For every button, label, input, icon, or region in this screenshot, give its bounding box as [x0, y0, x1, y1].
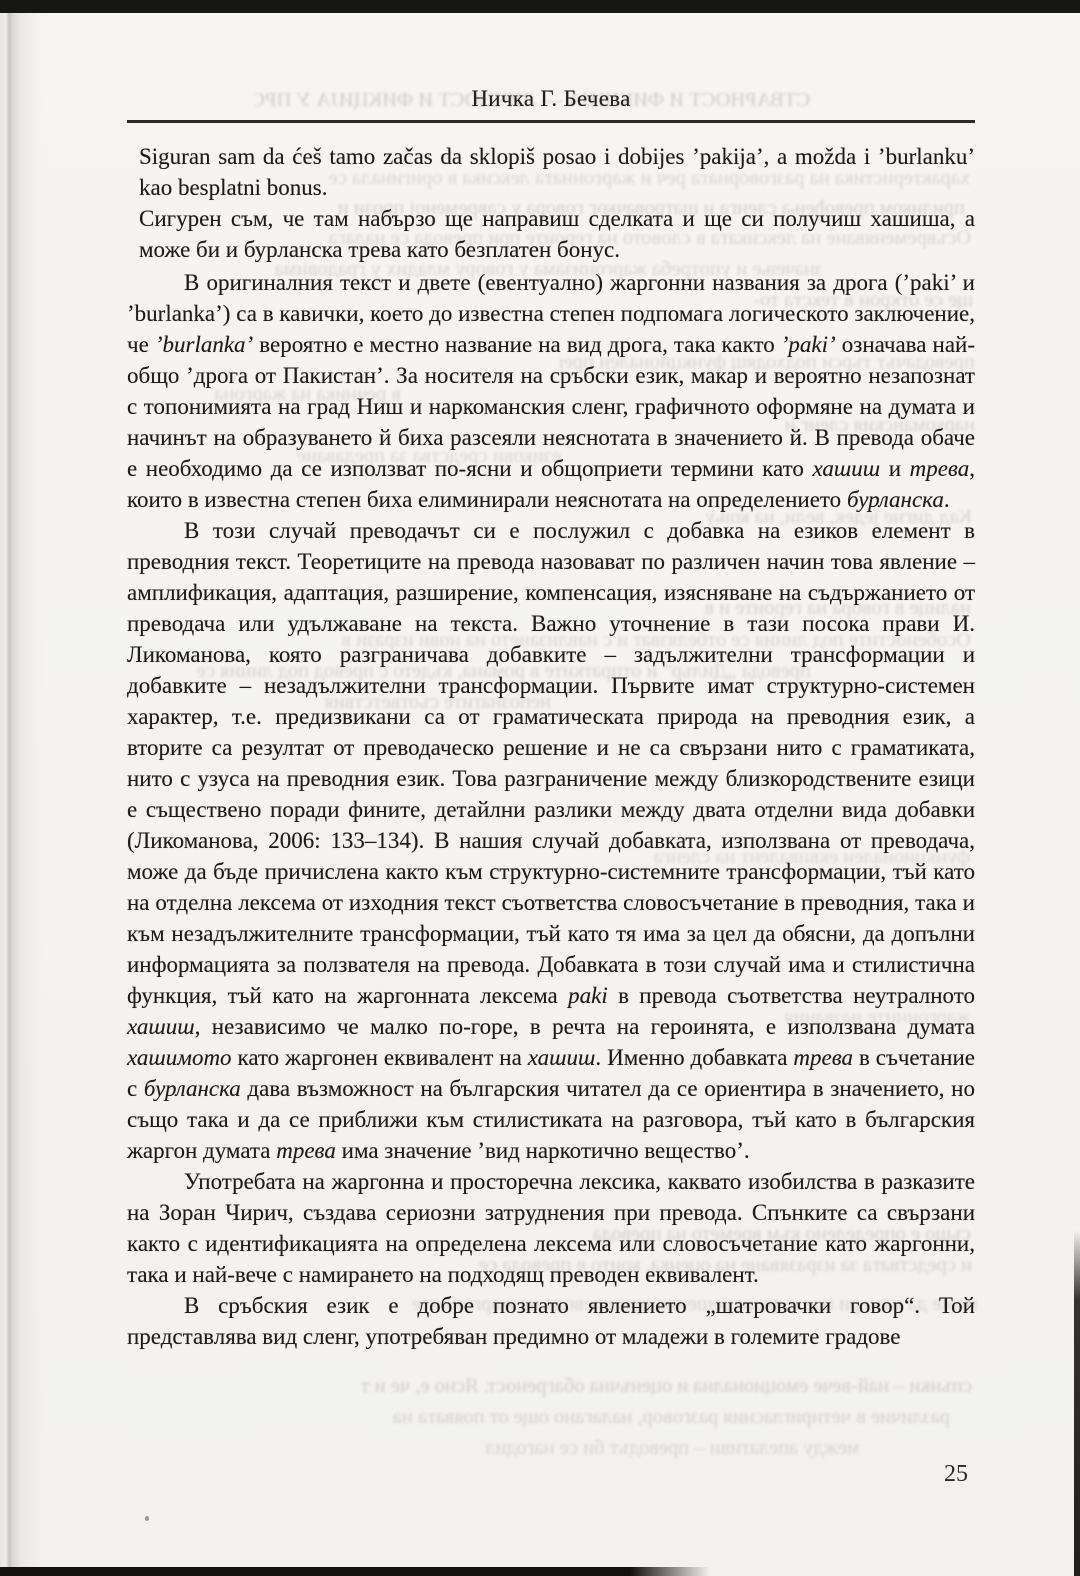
- italic-term: хашиш: [813, 456, 881, 481]
- quote-block: Siguran sam da ćeš tamo začas da sklopiš…: [139, 141, 975, 265]
- italic-term: хашимото: [127, 1045, 232, 1070]
- bleedthrough-line: спънки – най-вече емоционална и оценъчна…: [140, 1374, 972, 1398]
- text-run: Употребата на жаргонна и просторечна лек…: [127, 1169, 975, 1287]
- quote-original: Siguran sam da ćeš tamo začas da sklopiš…: [139, 141, 975, 203]
- italic-term: бурланска: [144, 1076, 241, 1101]
- body-paragraph: В оригиналния текст и двете (евентуално)…: [127, 267, 975, 515]
- scan-top-edge: [0, 0, 1080, 13]
- bleedthrough-line: различие в четиригласния разговор, налаг…: [250, 1405, 950, 1429]
- text-run: .: [944, 487, 950, 512]
- scan-speck: [145, 1516, 149, 1521]
- text-run: като жаргонен еквивалент на: [232, 1045, 528, 1070]
- body-paragraph: В сръбския език е добре познато явлениет…: [127, 1290, 975, 1352]
- text-run: , независимо че малко по-горе, в речта н…: [195, 1014, 975, 1039]
- page-number: 25: [944, 1461, 968, 1488]
- text-run: В сръбския език е добре познато явлениет…: [127, 1293, 975, 1349]
- scan-left-gutter: [0, 13, 42, 1576]
- header-rule: [127, 120, 975, 123]
- italic-term: paki: [568, 983, 608, 1008]
- running-header: Ничка Г. Бечева: [127, 86, 975, 112]
- body-paragraph: Употребата на жаргонна и просторечна лек…: [127, 1166, 975, 1290]
- italic-term: трева: [793, 1045, 853, 1070]
- italic-term: хашиш: [127, 1014, 195, 1039]
- text-run: . Именно добавката: [595, 1045, 793, 1070]
- italic-term: бурланска: [847, 487, 944, 512]
- body-paragraph: В този случай преводачът си е послужил с…: [127, 515, 975, 1166]
- italic-term: трева: [276, 1138, 336, 1163]
- text-run: вероятно е местно название на вид дрога,…: [253, 332, 781, 357]
- body-text: В оригиналния текст и двете (евентуално)…: [127, 267, 975, 1352]
- text-run: В този случай преводачът си е послужил с…: [127, 518, 975, 1008]
- bleedthrough-line: между апелативи – преводът би се нагодил: [300, 1436, 860, 1460]
- scanned-document-page: СТВАРНОСТ И ФИКЦИЈА — ЛИЧНОСТ И ФИКЦИЈА …: [0, 0, 1080, 1576]
- italic-term: хашиш: [528, 1045, 596, 1070]
- scan-bottom-edge: [0, 1567, 710, 1576]
- quote-translation: Сигурен съм, че там набързо ще направиш …: [139, 203, 975, 265]
- text-run: в превода съответства неутралното: [608, 983, 975, 1008]
- text-run: има значение ’вид наркотично вещество’.: [336, 1138, 750, 1163]
- scan-right-edge-shadow: [1074, 1230, 1080, 1576]
- italic-term: ’burlanka’: [155, 332, 253, 357]
- italic-term: трева: [910, 456, 970, 481]
- content-column: Ничка Г. Бечева Siguran sam da ćeš tamo …: [127, 86, 975, 1352]
- text-run: и: [880, 456, 909, 481]
- italic-term: ’paki’: [781, 332, 836, 357]
